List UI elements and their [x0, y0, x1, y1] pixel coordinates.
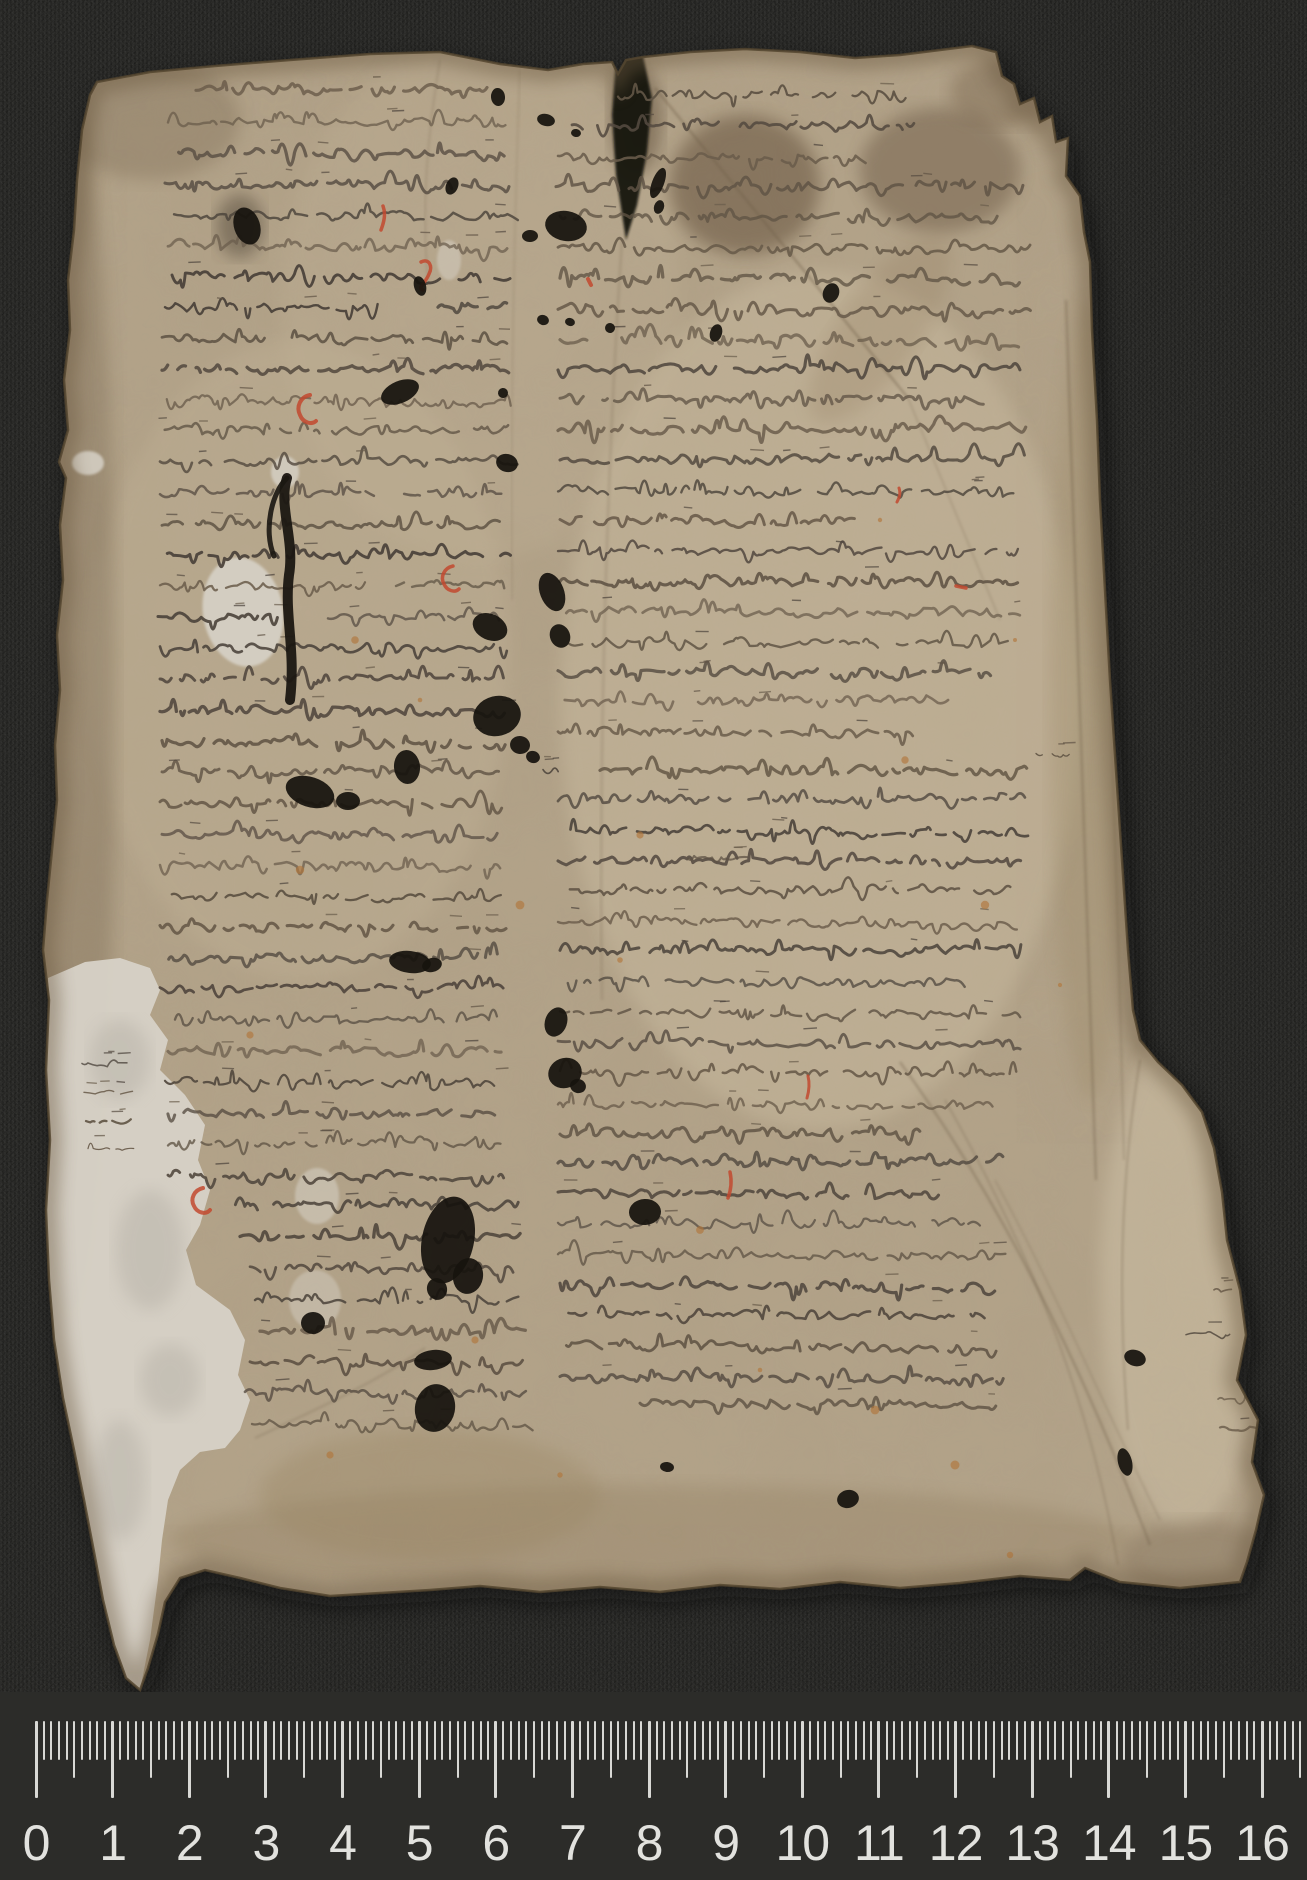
- ruler-tick-halfcm: [686, 1721, 688, 1778]
- ruler-tick-halfcm: [303, 1721, 305, 1778]
- ruler-tick-mm: [135, 1721, 137, 1760]
- abbreviation-mark: [346, 1193, 359, 1194]
- ruler-tick-mm: [334, 1721, 336, 1760]
- ruler-tick-mm: [1238, 1721, 1240, 1760]
- abbreviation-mark: [831, 234, 842, 235]
- abbreviation-mark: [932, 1179, 941, 1180]
- abbreviation-mark: [179, 853, 185, 854]
- ruler-tick-mm: [548, 1721, 550, 1760]
- abbreviation-mark: [911, 939, 918, 940]
- abbreviation-mark: [880, 83, 894, 84]
- ruler-tick-mm: [755, 1721, 757, 1760]
- abbreviation-mark: [431, 760, 441, 761]
- ruler-tick-mm: [1100, 1721, 1102, 1760]
- ruler-tick-mm: [1284, 1721, 1286, 1760]
- abbreviation-mark: [87, 1083, 97, 1084]
- ruler-tick-mm: [855, 1721, 857, 1760]
- ruler-tick-mm: [349, 1721, 351, 1760]
- ruler-tick-mm: [640, 1721, 642, 1760]
- abbreviation-mark: [704, 661, 711, 662]
- ruler-tick-mm: [625, 1721, 627, 1760]
- abbreviation-mark: [750, 450, 764, 451]
- foxing-spot: [981, 901, 989, 909]
- abbreviation-mark: [756, 971, 770, 972]
- ruler-tick-mm: [771, 1721, 773, 1760]
- ruler-tick-halfcm: [1070, 1721, 1072, 1778]
- ruler-tick-mm: [480, 1721, 482, 1760]
- abbreviation-mark: [665, 1211, 678, 1212]
- abbreviation-mark: [366, 667, 375, 668]
- abbreviation-mark: [188, 262, 200, 263]
- ruler-tick-mm: [1169, 1721, 1171, 1760]
- ruler-tick-cm: [648, 1721, 651, 1798]
- abbreviation-mark: [322, 1102, 334, 1103]
- ruler-tick-mm: [1177, 1721, 1179, 1760]
- ruler-tick-mm: [365, 1721, 367, 1760]
- abbreviation-mark: [350, 606, 360, 607]
- ruler-tick-halfcm: [916, 1721, 918, 1778]
- foxing-spot: [696, 1226, 704, 1234]
- abbreviation-mark: [772, 819, 784, 820]
- ruler-number: 15: [1159, 1818, 1213, 1868]
- abbreviation-mark: [603, 597, 613, 598]
- photo-fabric-background: [0, 0, 1307, 1692]
- ruler-tick-mm: [288, 1721, 290, 1760]
- ruler-number: 10: [775, 1818, 829, 1868]
- ruler-tick-mm: [204, 1721, 206, 1760]
- ruler-tick-mm: [939, 1721, 941, 1760]
- ruler: 012345678910111213141516: [0, 1692, 1307, 1880]
- ruler-tick-mm: [388, 1721, 390, 1760]
- abbreviation-mark: [392, 111, 404, 112]
- ruler-tick-mm: [962, 1721, 964, 1760]
- abbreviation-mark: [365, 1039, 372, 1040]
- ruler-tick-mm: [43, 1721, 45, 1760]
- ruler-tick-mm: [104, 1721, 106, 1760]
- abbreviation-mark: [613, 1242, 623, 1243]
- ruler-tick-mm: [257, 1721, 259, 1760]
- ruler-tick-halfcm: [763, 1721, 765, 1778]
- foxing-spot: [418, 698, 423, 703]
- ruler-tick-mm: [671, 1721, 673, 1760]
- abbreviation-mark: [117, 1082, 126, 1083]
- ruler-tick-mm: [594, 1721, 596, 1760]
- abbreviation-mark: [955, 1365, 967, 1366]
- ruler-tick-halfcm: [227, 1721, 229, 1778]
- abbreviation-mark: [1014, 601, 1020, 602]
- ruler-tick-mm: [702, 1721, 704, 1760]
- ruler-tick-mm: [778, 1721, 780, 1760]
- abbreviation-mark: [169, 760, 180, 761]
- ruler-tick-mm: [311, 1721, 313, 1760]
- ruler-number: 16: [1235, 1818, 1289, 1868]
- foxing-spot: [516, 901, 525, 910]
- abbreviation-mark: [783, 450, 790, 451]
- abbreviation-mark: [383, 1410, 394, 1411]
- foxing-spot: [758, 1368, 763, 1373]
- ruler-tick-mm: [970, 1721, 972, 1760]
- ruler-tick-mm: [219, 1721, 221, 1760]
- ruler-tick-mm: [740, 1721, 742, 1760]
- ruler-tick-mm: [1192, 1721, 1194, 1760]
- ruler-tick-mm: [58, 1721, 60, 1760]
- abbreviation-mark: [468, 949, 481, 950]
- abbreviation-mark: [675, 1304, 681, 1305]
- ruler-tick-halfcm: [457, 1721, 459, 1778]
- abbreviation-mark: [682, 941, 689, 942]
- ruler-tick-mm: [817, 1721, 819, 1760]
- ruler-tick-mm: [824, 1721, 826, 1760]
- ruler-number: 0: [23, 1818, 50, 1868]
- foxing-spot: [1007, 1552, 1013, 1558]
- ruler-tick-mm: [441, 1721, 443, 1760]
- abbreviation-mark: [495, 204, 506, 205]
- ruler-tick-cm: [494, 1721, 497, 1798]
- abbreviation-mark: [972, 479, 979, 480]
- ruler-tick-mm: [786, 1721, 788, 1760]
- abbreviation-mark: [571, 908, 579, 909]
- abbreviation-mark: [364, 418, 377, 419]
- ruler-tick-mm: [1253, 1721, 1255, 1760]
- ruler-tick-mm: [434, 1721, 436, 1760]
- ruler-tick-halfcm: [840, 1721, 842, 1778]
- ruler-tick-mm: [196, 1721, 198, 1760]
- ruler-tick-mm: [932, 1721, 934, 1760]
- ruler-tick-cm: [35, 1721, 38, 1798]
- stain: [260, 1430, 600, 1560]
- ruler-tick-mm: [142, 1721, 144, 1760]
- ruler-tick-mm: [1139, 1721, 1141, 1760]
- foxing-spot: [871, 1406, 880, 1415]
- abbreviation-mark: [450, 916, 462, 917]
- ruler-number: 13: [1005, 1818, 1059, 1868]
- abbreviation-mark: [177, 575, 185, 576]
- foxing-spot: [901, 756, 908, 763]
- ruler-tick-halfcm: [1146, 1721, 1148, 1778]
- abbreviation-mark: [694, 691, 701, 692]
- abbreviation-mark: [838, 1389, 852, 1390]
- ruler-number: 14: [1082, 1818, 1136, 1868]
- abbreviation-mark: [495, 232, 506, 233]
- ruler-tick-mm: [1024, 1721, 1026, 1760]
- foxing-spot: [1013, 638, 1017, 642]
- ruler-tick-cm: [111, 1721, 114, 1798]
- ruler-number: 9: [712, 1818, 739, 1868]
- abbreviation-mark: [803, 1028, 817, 1029]
- abbreviation-mark: [338, 1350, 351, 1351]
- ruler-tick-mm: [127, 1721, 129, 1760]
- abbreviation-mark: [820, 447, 830, 448]
- ruler-tick-mm: [81, 1721, 83, 1760]
- ruler-tick-mm: [748, 1721, 750, 1760]
- abbreviation-mark: [759, 692, 771, 693]
- ruler-tick-mm: [1016, 1721, 1018, 1760]
- abbreviation-mark: [318, 142, 329, 143]
- ruler-tick-mm: [502, 1721, 504, 1760]
- ruler-tick-mm: [579, 1721, 581, 1760]
- abbreviation-mark: [964, 264, 978, 265]
- foxing-spot: [246, 1031, 253, 1038]
- abbreviation-mark: [190, 822, 201, 823]
- ruler-tick-mm: [663, 1721, 665, 1760]
- abbreviation-mark: [305, 296, 317, 297]
- ruler-tick-mm: [909, 1721, 911, 1760]
- abbreviation-mark: [603, 1365, 612, 1366]
- ruler-number: 12: [929, 1818, 983, 1868]
- ruler-tick-mm: [863, 1721, 865, 1760]
- abbreviation-mark: [471, 1006, 484, 1007]
- abbreviation-mark: [814, 145, 823, 146]
- abbreviation-mark: [545, 759, 554, 760]
- ruler-tick-mm: [717, 1721, 719, 1760]
- ruler-tick-mm: [1269, 1721, 1271, 1760]
- abbreviation-mark: [353, 727, 360, 728]
- ruler-tick-mm: [1039, 1721, 1041, 1760]
- ruler-tick-halfcm: [150, 1721, 152, 1778]
- abbreviation-mark: [373, 354, 380, 355]
- ruler-number: 4: [329, 1818, 356, 1868]
- ruler-tick-halfcm: [1223, 1721, 1225, 1778]
- abbreviation-mark: [120, 1109, 126, 1110]
- ruler-tick-cm: [1031, 1721, 1034, 1798]
- abbreviation-mark: [211, 512, 223, 513]
- abbreviation-mark: [781, 818, 787, 819]
- abbreviation-mark: [265, 575, 274, 576]
- abbreviation-mark: [886, 881, 893, 882]
- ruler-number: 1: [99, 1818, 126, 1868]
- ruler-tick-mm: [1292, 1721, 1294, 1760]
- manuscript-photo: [0, 0, 1307, 1692]
- ruler-tick-cm: [264, 1721, 267, 1798]
- abbreviation-mark: [348, 293, 357, 294]
- ruler-tick-mm: [1200, 1721, 1202, 1760]
- ruler-tick-mm: [587, 1721, 589, 1760]
- abbreviation-mark: [118, 1053, 131, 1054]
- ruler-tick-mm: [1246, 1721, 1248, 1760]
- ruler-tick-mm: [525, 1721, 527, 1760]
- ruler-tick-cm: [954, 1721, 957, 1798]
- abbreviation-mark: [369, 543, 380, 544]
- ruler-tick-mm: [1116, 1721, 1118, 1760]
- abbreviation-mark: [684, 507, 693, 508]
- ruler-tick-mm: [242, 1721, 244, 1760]
- ruler-tick-mm: [426, 1721, 428, 1760]
- ruler-tick-mm: [564, 1721, 566, 1760]
- foxing-spot: [557, 1472, 562, 1477]
- abbreviation-mark: [461, 602, 471, 603]
- rubric-mark: [956, 586, 966, 588]
- ruler-tick-mm: [870, 1721, 872, 1760]
- ruler-number: 5: [406, 1818, 433, 1868]
- foxing-spot: [351, 636, 359, 644]
- ruler-tick-mm: [319, 1721, 321, 1760]
- ruler-tick-halfcm: [1299, 1721, 1301, 1778]
- ruler-tick-mm: [1093, 1721, 1095, 1760]
- ruler-tick-mm: [656, 1721, 658, 1760]
- abbreviation-mark: [975, 477, 984, 478]
- ruler-tick-mm: [173, 1721, 175, 1760]
- ruler-tick-mm: [541, 1721, 543, 1760]
- abbreviation-mark: [994, 1242, 1007, 1243]
- ruler-number: 3: [252, 1818, 279, 1868]
- ruler-tick-mm: [372, 1721, 374, 1760]
- abbreviation-mark: [946, 760, 952, 761]
- abbreviation-mark: [351, 1008, 357, 1009]
- abbreviation-mark: [438, 759, 448, 760]
- abbreviation-mark: [553, 758, 559, 759]
- abbreviation-mark: [235, 603, 244, 604]
- foxing-spot: [617, 957, 623, 963]
- ruler-tick-mm: [181, 1721, 183, 1760]
- abbreviation-mark: [490, 359, 501, 360]
- abbreviation-mark: [286, 169, 293, 170]
- ruler-number: 2: [176, 1818, 203, 1868]
- abbreviation-mark: [700, 662, 710, 663]
- ink-blot: [336, 792, 360, 810]
- ruler-tick-mm: [694, 1721, 696, 1760]
- abbreviation-mark: [496, 1068, 509, 1069]
- ruler-tick-mm: [794, 1721, 796, 1760]
- ruler-tick-mm: [326, 1721, 328, 1760]
- ruler-tick-mm: [1085, 1721, 1087, 1760]
- ruler-tick-mm: [119, 1721, 121, 1760]
- ruler-tick-halfcm: [533, 1721, 535, 1778]
- ruler-tick-mm: [464, 1721, 466, 1760]
- ruler-tick-mm: [924, 1721, 926, 1760]
- abbreviation-mark: [495, 608, 503, 609]
- ruler-tick-mm: [50, 1721, 52, 1760]
- ruler-tick-mm: [709, 1721, 711, 1760]
- abbreviation-mark: [979, 1242, 989, 1243]
- foxing-spot: [296, 866, 304, 874]
- ruler-tick-mm: [893, 1721, 895, 1760]
- ruler-tick-mm: [1123, 1721, 1125, 1760]
- abbreviation-mark: [860, 1120, 870, 1121]
- ruler-tick-mm: [1001, 1721, 1003, 1760]
- ruler-tick-mm: [395, 1721, 397, 1760]
- ruler-tick-cm: [188, 1721, 191, 1798]
- ruler-tick-mm: [985, 1721, 987, 1760]
- ruler-tick-mm: [449, 1721, 451, 1760]
- ruler-tick-mm: [411, 1721, 413, 1760]
- ruler-tick-mm: [250, 1721, 252, 1760]
- ruler-tick-mm: [1047, 1721, 1049, 1760]
- ruler-tick-mm: [158, 1721, 160, 1760]
- ruler-tick-mm: [901, 1721, 903, 1760]
- abbreviation-mark: [751, 1124, 761, 1125]
- abbreviation-mark: [980, 205, 989, 206]
- ruler-tick-mm: [96, 1721, 98, 1760]
- abbreviation-mark: [276, 1379, 290, 1380]
- foxing-spot: [471, 1336, 478, 1343]
- ruler-tick-mm: [809, 1721, 811, 1760]
- abbreviation-mark: [159, 418, 167, 419]
- ruler-tick-mm: [1162, 1721, 1164, 1760]
- abbreviation-mark: [720, 1001, 730, 1002]
- ruler-tick-mm: [1062, 1721, 1064, 1760]
- ruler-tick-halfcm: [73, 1721, 75, 1778]
- ruler-tick-cm: [1184, 1721, 1187, 1798]
- ruler-tick-mm: [679, 1721, 681, 1760]
- pale-patch: [72, 451, 104, 475]
- abbreviation-mark: [836, 541, 844, 542]
- ruler-tick-mm: [847, 1721, 849, 1760]
- abbreviation-mark: [217, 298, 223, 299]
- ruler-tick-mm: [1077, 1721, 1079, 1760]
- ruler-tick-mm: [518, 1721, 520, 1760]
- parchment-leaf: [25, 30, 1280, 1690]
- foxing-spot: [636, 831, 643, 838]
- ruler-tick-halfcm: [380, 1721, 382, 1778]
- ruler-number: 8: [636, 1818, 663, 1868]
- abbreviation-mark: [477, 297, 488, 298]
- ruler-tick-mm: [556, 1721, 558, 1760]
- abbreviation-mark: [752, 1305, 762, 1306]
- abbreviation-mark: [772, 356, 786, 357]
- ruler-tick-cm: [1261, 1721, 1264, 1798]
- rubric-mark: [588, 279, 591, 285]
- ruler-tick-mm: [510, 1721, 512, 1760]
- ruler-tick-cm: [801, 1721, 804, 1798]
- abbreviation-mark: [216, 1163, 230, 1164]
- ruler-tick-mm: [1215, 1721, 1217, 1760]
- ruler-tick-halfcm: [610, 1721, 612, 1778]
- ruler-tick-cm: [418, 1721, 421, 1798]
- abbreviation-mark: [257, 635, 265, 636]
- abbreviation-mark: [1063, 743, 1076, 744]
- ruler-tick-halfcm: [993, 1721, 995, 1778]
- ruler-tick-mm: [978, 1721, 980, 1760]
- ruler-tick-mm: [280, 1721, 282, 1760]
- ruler-tick-mm: [234, 1721, 236, 1760]
- abbreviation-mark: [381, 1257, 391, 1258]
- abbreviation-mark: [199, 451, 207, 452]
- ruler-tick-mm: [165, 1721, 167, 1760]
- abbreviation-mark: [222, 1068, 234, 1069]
- ruler-tick-cm: [571, 1721, 574, 1798]
- ruler-tick-mm: [66, 1721, 68, 1760]
- ruler-tick-mm: [273, 1721, 275, 1760]
- ruler-tick-cm: [877, 1721, 880, 1798]
- ruler-tick-mm: [296, 1721, 298, 1760]
- abbreviation-mark: [240, 388, 253, 389]
- abbreviation-mark: [235, 173, 247, 174]
- ruler-tick-mm: [832, 1721, 834, 1760]
- abbreviation-mark: [935, 1030, 947, 1031]
- ruler-tick-mm: [1154, 1721, 1156, 1760]
- abbreviation-mark: [923, 173, 932, 174]
- abbreviation-mark: [280, 883, 289, 884]
- ruler-number: 6: [482, 1818, 509, 1868]
- ruler-number: 7: [559, 1818, 586, 1868]
- ruler-tick-mm: [732, 1721, 734, 1760]
- ruler-tick-mm: [617, 1721, 619, 1760]
- abbreviation-mark: [332, 1226, 344, 1227]
- ruler-tick-mm: [487, 1721, 489, 1760]
- ruler-tick-mm: [602, 1721, 604, 1760]
- ruler-tick-mm: [1230, 1721, 1232, 1760]
- ruler-tick-mm: [947, 1721, 949, 1760]
- abbreviation-mark: [984, 1001, 993, 1002]
- abbreviation-mark: [799, 236, 811, 237]
- abbreviation-mark: [677, 1027, 689, 1028]
- ruler-tick-mm: [211, 1721, 213, 1760]
- ruler-tick-mm: [1131, 1721, 1133, 1760]
- abbreviation-mark: [387, 108, 397, 109]
- abbreviation-mark: [604, 206, 616, 207]
- ruler-tick-mm: [633, 1721, 635, 1760]
- abbreviation-mark: [317, 1256, 331, 1257]
